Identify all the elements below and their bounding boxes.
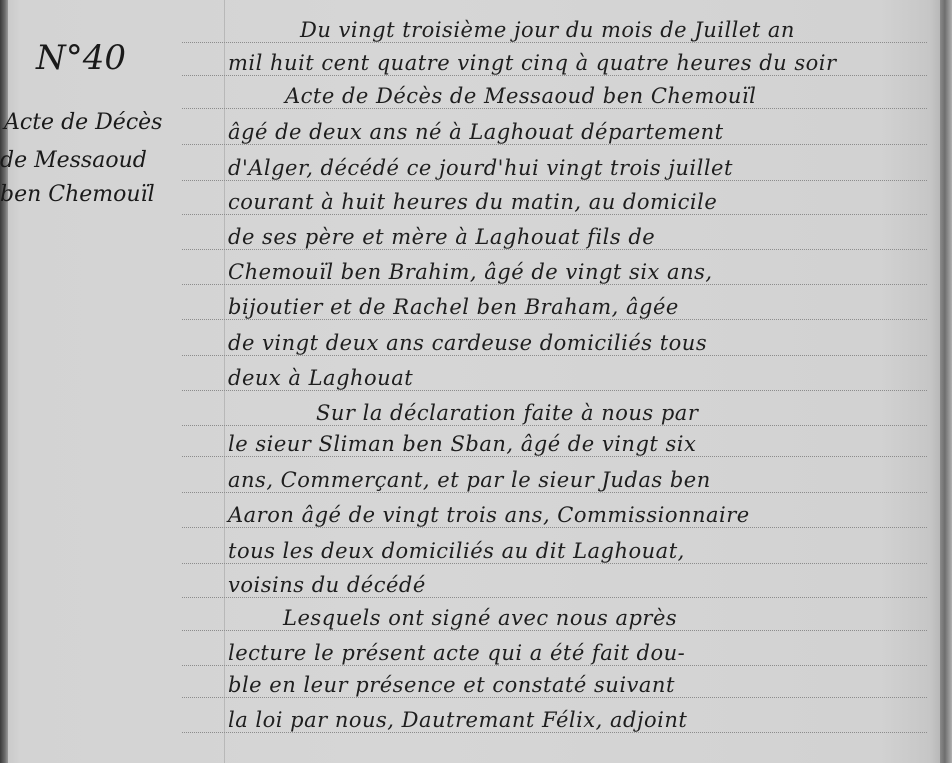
body-line: de vingt deux ans cardeuse domiciliés to… <box>228 331 707 355</box>
body-line: d'Alger, décédé ce jourd'hui vingt trois… <box>228 156 733 180</box>
body-line: ble en leur présence et constaté suivant <box>228 673 675 697</box>
ruled-line <box>182 456 927 457</box>
body-line: mil huit cent quatre vingt cinq à quatre… <box>228 51 837 75</box>
ruled-line <box>182 144 927 145</box>
margin-rule <box>224 0 225 763</box>
right-page-edge <box>940 0 952 763</box>
body-line: tous les deux domiciliés au dit Laghouat… <box>228 539 685 563</box>
ruled-line <box>182 249 927 250</box>
ruled-line <box>182 390 927 391</box>
margin-note-line: Acte de Décès <box>4 110 162 135</box>
ruled-line <box>182 75 927 76</box>
register-page: N°40 Acte de Décès de Messaoud ben Chemo… <box>0 0 952 763</box>
ruled-line <box>182 732 927 733</box>
entry-number: N°40 <box>36 38 126 78</box>
ruled-line <box>182 563 927 564</box>
body-line: le sieur Sliman ben Sban, âgé de vingt s… <box>228 432 696 456</box>
ruled-line <box>182 665 927 666</box>
ruled-line <box>182 425 927 426</box>
ruled-line <box>182 697 927 698</box>
ruled-line <box>182 492 927 493</box>
body-line: de ses père et mère à Laghouat fils de <box>228 225 655 249</box>
ruled-line <box>182 180 927 181</box>
body-line: deux à Laghouat <box>228 366 413 390</box>
body-line: Sur la déclaration faite à nous par <box>316 401 698 425</box>
margin-note-line: de Messaoud <box>0 148 147 173</box>
body-line: Acte de Décès de Messaoud ben Chemouïl <box>285 84 756 108</box>
ruled-line <box>182 108 927 109</box>
body-line: la loi par nous, Dautremant Félix, adjoi… <box>228 708 687 732</box>
ruled-line <box>182 214 927 215</box>
body-line: bijoutier et de Rachel ben Braham, âgée <box>228 295 679 319</box>
body-line: Lesquels ont signé avec nous après <box>283 606 677 630</box>
ruled-line <box>182 527 927 528</box>
body-line: Du vingt troisième jour du mois de Juill… <box>300 18 795 42</box>
body-line: ans, Commerçant, et par le sieur Judas b… <box>228 468 711 492</box>
ruled-line <box>182 42 927 43</box>
body-line: Chemouïl ben Brahim, âgé de vingt six an… <box>228 260 713 284</box>
ruled-line <box>182 284 927 285</box>
body-line: lecture le présent acte qui a été fait d… <box>228 641 685 665</box>
ruled-line <box>182 319 927 320</box>
body-line: âgé de deux ans né à Laghouat départemen… <box>228 120 724 144</box>
body-line: voisins du décédé <box>228 573 426 597</box>
ruled-line <box>182 597 927 598</box>
body-line: Aaron âgé de vingt trois ans, Commission… <box>228 503 750 527</box>
body-line: courant à huit heures du matin, au domic… <box>228 190 717 214</box>
margin-note-line: ben Chemouïl <box>0 182 155 207</box>
ruled-line <box>182 355 927 356</box>
ruled-line <box>182 630 927 631</box>
